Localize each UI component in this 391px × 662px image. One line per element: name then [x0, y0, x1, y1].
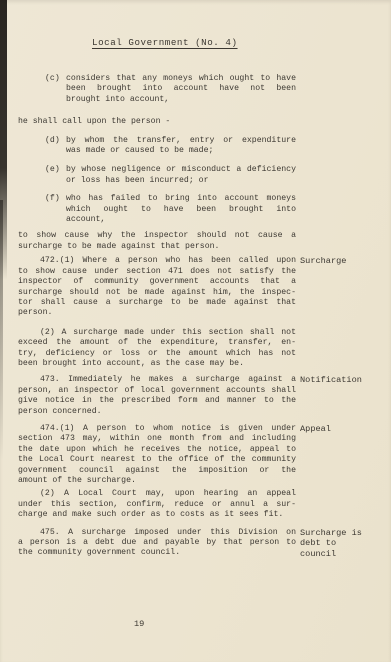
page-number: 19	[134, 619, 296, 629]
running-header: Local Government (No. 4)	[92, 37, 238, 48]
text-line: to show cause under section 471 does not…	[18, 267, 296, 277]
list-item: (f)who has failed to bring into account …	[18, 194, 296, 225]
page-content: Local Government (No. 4) (c)considers th…	[18, 32, 296, 629]
text-line: person.	[18, 308, 296, 318]
margin-note-line: Surcharge is	[300, 528, 391, 539]
text-line: the Local Court nearest to the office of…	[18, 455, 296, 465]
margin-note-line: Surcharge	[300, 256, 391, 267]
margin-note-line: council	[300, 549, 391, 560]
text-line: 474.(1) A person to whom notice is given…	[18, 424, 296, 434]
text-line: account,	[66, 215, 296, 225]
text-line: charge and make such order as to costs a…	[18, 510, 296, 520]
text-line: the date upon which he receives the noti…	[18, 445, 296, 455]
text-line: give notice in the prescribed form and m…	[18, 396, 296, 406]
paragraph: 474.(1) A person to whom notice is given…	[18, 424, 296, 486]
list-item: (c)considers that any moneys which ought…	[18, 74, 296, 105]
page-edge-shadow	[0, 200, 3, 460]
text-line: exceed the amount of the expenditure, tr…	[18, 338, 296, 348]
item-label: (e)	[45, 165, 60, 175]
margin-note: Surcharge isdebt tocouncil	[300, 528, 391, 560]
document-page: Local Government (No. 4) (c)considers th…	[0, 0, 391, 662]
text-line: inspector of community government accoun…	[18, 277, 296, 287]
item-label: (d)	[45, 136, 60, 146]
text-line: by whom the transfer, entry or expenditu…	[66, 136, 296, 146]
item-label: (c)	[45, 74, 60, 84]
margin-note-line: Notification	[300, 375, 391, 386]
paragraph: to show cause why the inspector should n…	[18, 231, 296, 252]
text-line: the community government council.	[18, 548, 296, 558]
text-line: who has failed to bring into account mon…	[66, 194, 296, 204]
text-line: considers that any moneys which ought to…	[66, 74, 296, 84]
text-line: been brought into account, as the case m…	[18, 359, 296, 369]
text-line: person, an inspector of local government…	[18, 386, 296, 396]
text-line: 473. Immediately he makes a surcharge ag…	[18, 375, 296, 385]
text-line: he shall call upon the person -	[18, 117, 296, 127]
text-line: to show cause why the inspector should n…	[18, 231, 296, 241]
text-line: was made or caused to be made;	[66, 146, 296, 156]
margin-note: Appeal	[300, 424, 391, 435]
text-line: a person is a debt due and payable by th…	[18, 538, 296, 548]
text-line: section 473 may, within one month from a…	[18, 434, 296, 444]
text-line: 475. A surcharge imposed under this Divi…	[18, 528, 296, 538]
paragraph: he shall call upon the person -	[18, 117, 296, 127]
text-line: or loss has been incurred; or	[66, 176, 296, 186]
text-line: amount of the surcharge.	[18, 476, 296, 486]
list-item: (e)by whose negligence or misconduct a d…	[18, 165, 296, 186]
paragraph: 475. A surcharge imposed under this Divi…	[18, 528, 296, 559]
text-line: (2) A surcharge made under this section …	[18, 328, 296, 338]
margin-note-line: Appeal	[300, 424, 391, 435]
margin-note: Surcharge	[300, 256, 391, 267]
item-label: (f)	[45, 194, 60, 204]
paragraph: 472.(1) Where a person who has been call…	[18, 256, 296, 318]
text-line: government council against the impositio…	[18, 466, 296, 476]
paragraph: 473. Immediately he makes a surcharge ag…	[18, 375, 296, 417]
margin-note: Notification	[300, 375, 391, 386]
text-line: brought into account,	[66, 95, 296, 105]
text-line: (2) A Local Court may, upon hearing an a…	[18, 489, 296, 499]
text-line: by whose negligence or misconduct a defi…	[66, 165, 296, 175]
text-line: try, deficiency or loss or the amount wh…	[18, 349, 296, 359]
paragraph: (2) A surcharge made under this section …	[18, 328, 296, 370]
paragraph: (2) A Local Court may, upon hearing an a…	[18, 489, 296, 520]
text-line: 472.(1) Where a person who has been call…	[18, 256, 296, 266]
text-line: which ought to have been brought into	[66, 205, 296, 215]
text-line: tor shall cause a surcharge to be made a…	[18, 298, 296, 308]
text-line: surcharge should not be made against him…	[18, 288, 296, 298]
text-line: under this section, confirm, reduce or a…	[18, 500, 296, 510]
list-item: (d)by whom the transfer, entry or expend…	[18, 136, 296, 157]
text-line: been brought into account have not been	[66, 84, 296, 94]
margin-note-line: debt to	[300, 538, 391, 549]
text-line: surcharge to be made against that person…	[18, 242, 296, 252]
text-line: person concerned.	[18, 407, 296, 417]
page-edge-shadow	[0, 0, 7, 280]
text-blocks: (c)considers that any moneys which ought…	[18, 74, 296, 559]
